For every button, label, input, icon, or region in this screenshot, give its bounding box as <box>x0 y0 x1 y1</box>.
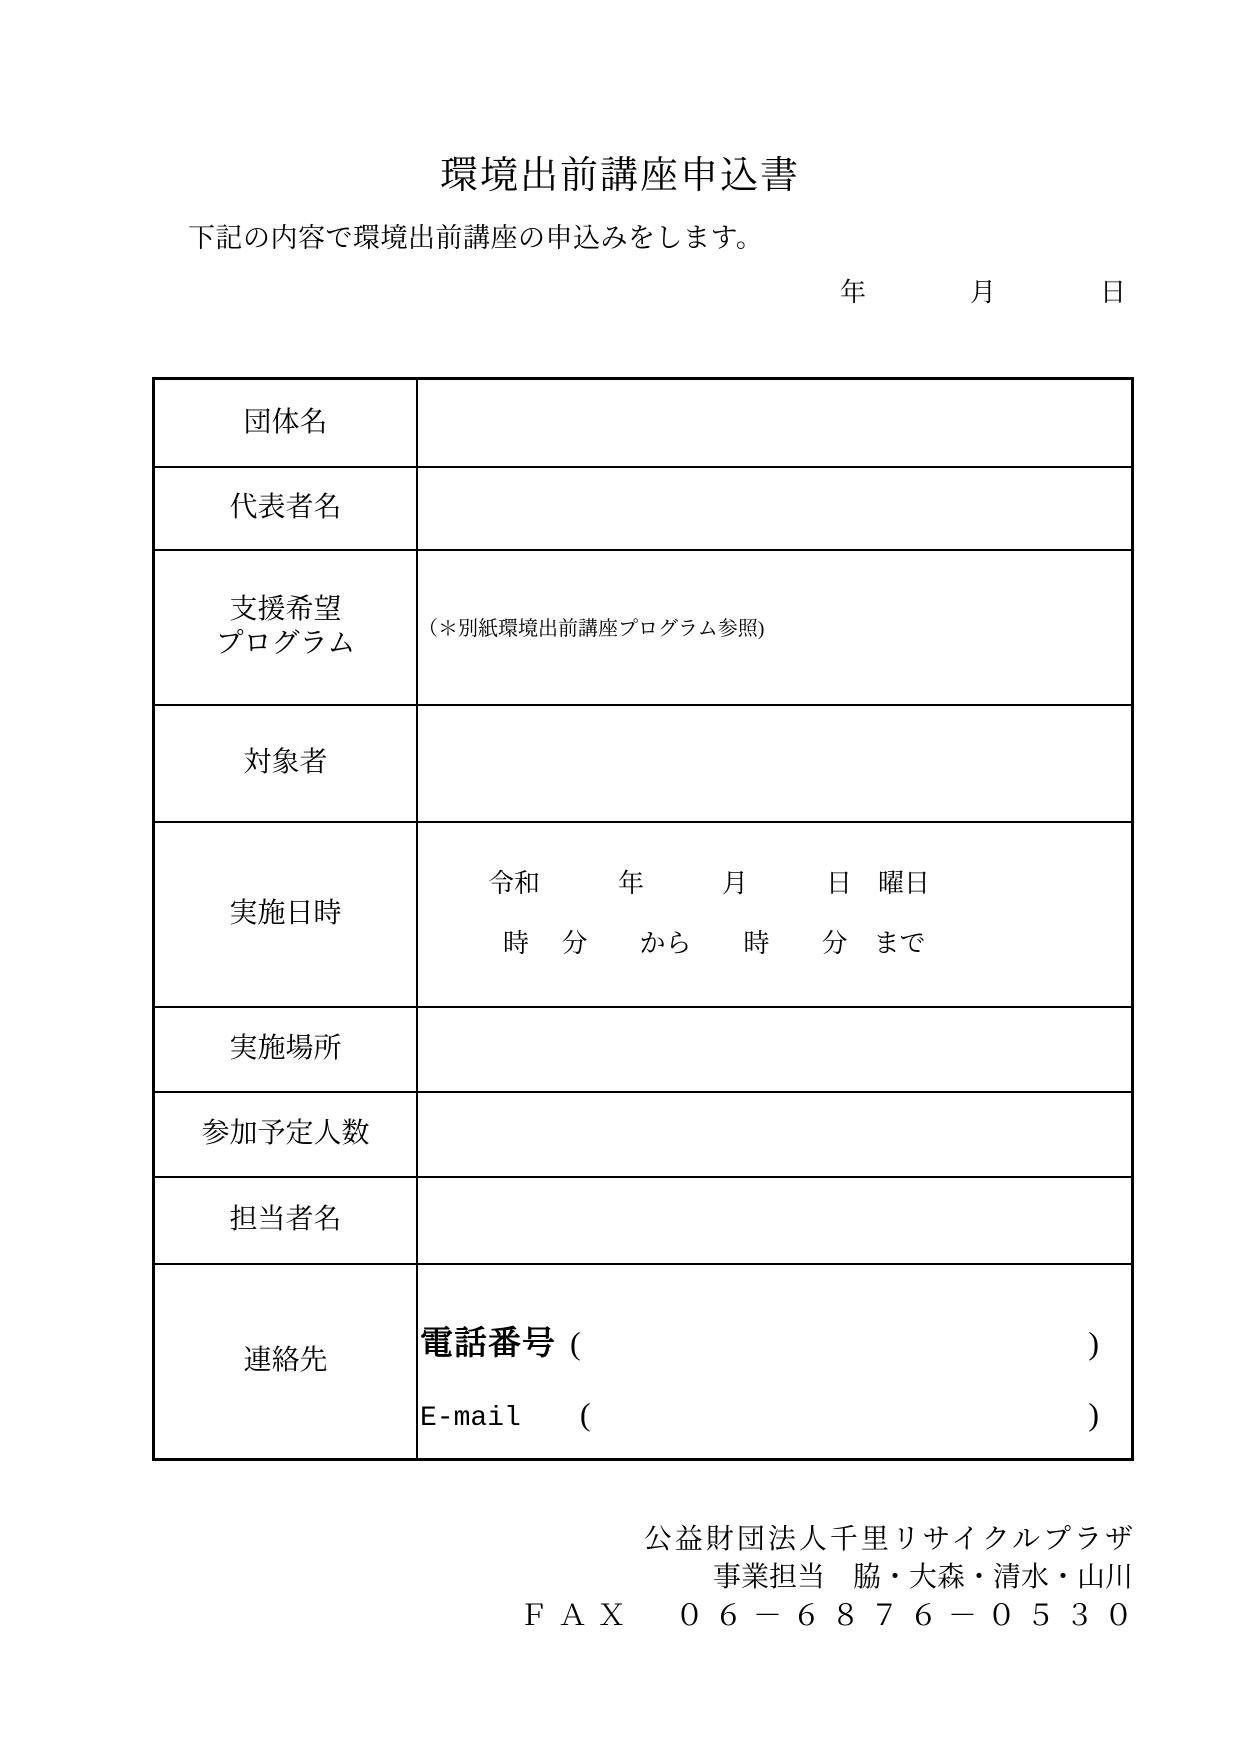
contact-label: 連絡先 <box>154 1264 418 1460</box>
schedule-label: 実施日時 <box>154 822 418 1007</box>
table-row-representative: 代表者名 <box>154 467 1133 550</box>
application-form-page: 環境出前講座申込書 下記の内容で環境出前講座の申込みをします。 年 月 日 団体… <box>0 0 1240 1754</box>
phone-label: 電話番号 <box>420 1321 556 1367</box>
location-label: 実施場所 <box>154 1007 418 1092</box>
program-label-line2: プログラム <box>155 627 416 661</box>
program-reference-note: （＊別紙環境出前講座プログラム参照) <box>418 618 764 640</box>
table-row-participants: 参加予定人数 <box>154 1092 1133 1177</box>
location-value-cell <box>417 1007 1133 1092</box>
organization-value-cell <box>417 379 1133 467</box>
representative-value-cell <box>417 467 1133 550</box>
phone-open-paren: ( <box>570 1320 581 1366</box>
date-placeholder-line: 年 月 日 <box>0 278 1126 308</box>
program-label: 支援希望 プログラム <box>154 550 418 705</box>
organization-label: 団体名 <box>154 379 418 467</box>
person-in-charge-value-cell <box>417 1177 1133 1264</box>
intro-text: 下記の内容で環境出前講座の申込みをします。 <box>188 218 763 258</box>
schedule-date-line: 令和 年 月 日 曜日 <box>418 854 1131 914</box>
contact-lines: 電話番号 ( ) E-mail ( ) <box>418 1280 1131 1442</box>
table-row-organization: 団体名 <box>154 379 1133 467</box>
person-in-charge-label: 担当者名 <box>154 1177 418 1264</box>
contact-value-cell: 電話番号 ( ) E-mail ( ) <box>417 1264 1133 1460</box>
table-row-schedule: 実施日時 令和 年 月 日 曜日 時 分 から 時 分 まで <box>154 822 1133 1007</box>
schedule-time-line: 時 分 から 時 分 まで <box>418 914 1131 974</box>
footer-contact-block: 公益財団法人千里リサイクルプラザ 事業担当 脇・大森・清水・山川 ＦＡＸ ０６－… <box>519 1521 1133 1635</box>
footer-organization-name: 公益財団法人千里リサイクルプラザ <box>519 1521 1136 1559</box>
table-row-person-in-charge: 担当者名 <box>154 1177 1133 1264</box>
footer-staff-names: 事業担当 脇・大森・清水・山川 <box>519 1559 1133 1597</box>
representative-label: 代表者名 <box>154 467 418 550</box>
email-label: E-mail <box>420 1396 521 1442</box>
participants-label: 参加予定人数 <box>154 1092 418 1177</box>
application-table: 団体名 代表者名 支援希望 プログラム （＊別紙環境出前講座プログラム参照) 対… <box>152 377 1134 1461</box>
schedule-value-cell: 令和 年 月 日 曜日 時 分 から 時 分 まで <box>417 822 1133 1007</box>
participants-value-cell <box>417 1092 1133 1177</box>
table-row-program: 支援希望 プログラム （＊別紙環境出前講座プログラム参照) <box>154 550 1133 705</box>
page-title: 環境出前講座申込書 <box>0 152 1240 200</box>
email-close-paren: ) <box>1088 1391 1099 1437</box>
program-value-cell: （＊別紙環境出前講座プログラム参照) <box>417 550 1133 705</box>
table-row-location: 実施場所 <box>154 1007 1133 1092</box>
table-row-contact: 連絡先 電話番号 ( ) E-mail ( ) <box>154 1264 1133 1460</box>
table-row-audience: 対象者 <box>154 705 1133 822</box>
footer-fax-number: ＦＡＸ ０６－６８７６－０５３０ <box>519 1597 1143 1635</box>
audience-value-cell <box>417 705 1133 822</box>
program-label-line1: 支援希望 <box>155 593 416 627</box>
email-open-paren: ( <box>580 1391 591 1437</box>
audience-label: 対象者 <box>154 705 418 822</box>
phone-close-paren: ) <box>1088 1320 1099 1366</box>
phone-line: 電話番号 ( ) <box>420 1320 1099 1367</box>
email-line: E-mail ( ) <box>420 1391 1099 1442</box>
